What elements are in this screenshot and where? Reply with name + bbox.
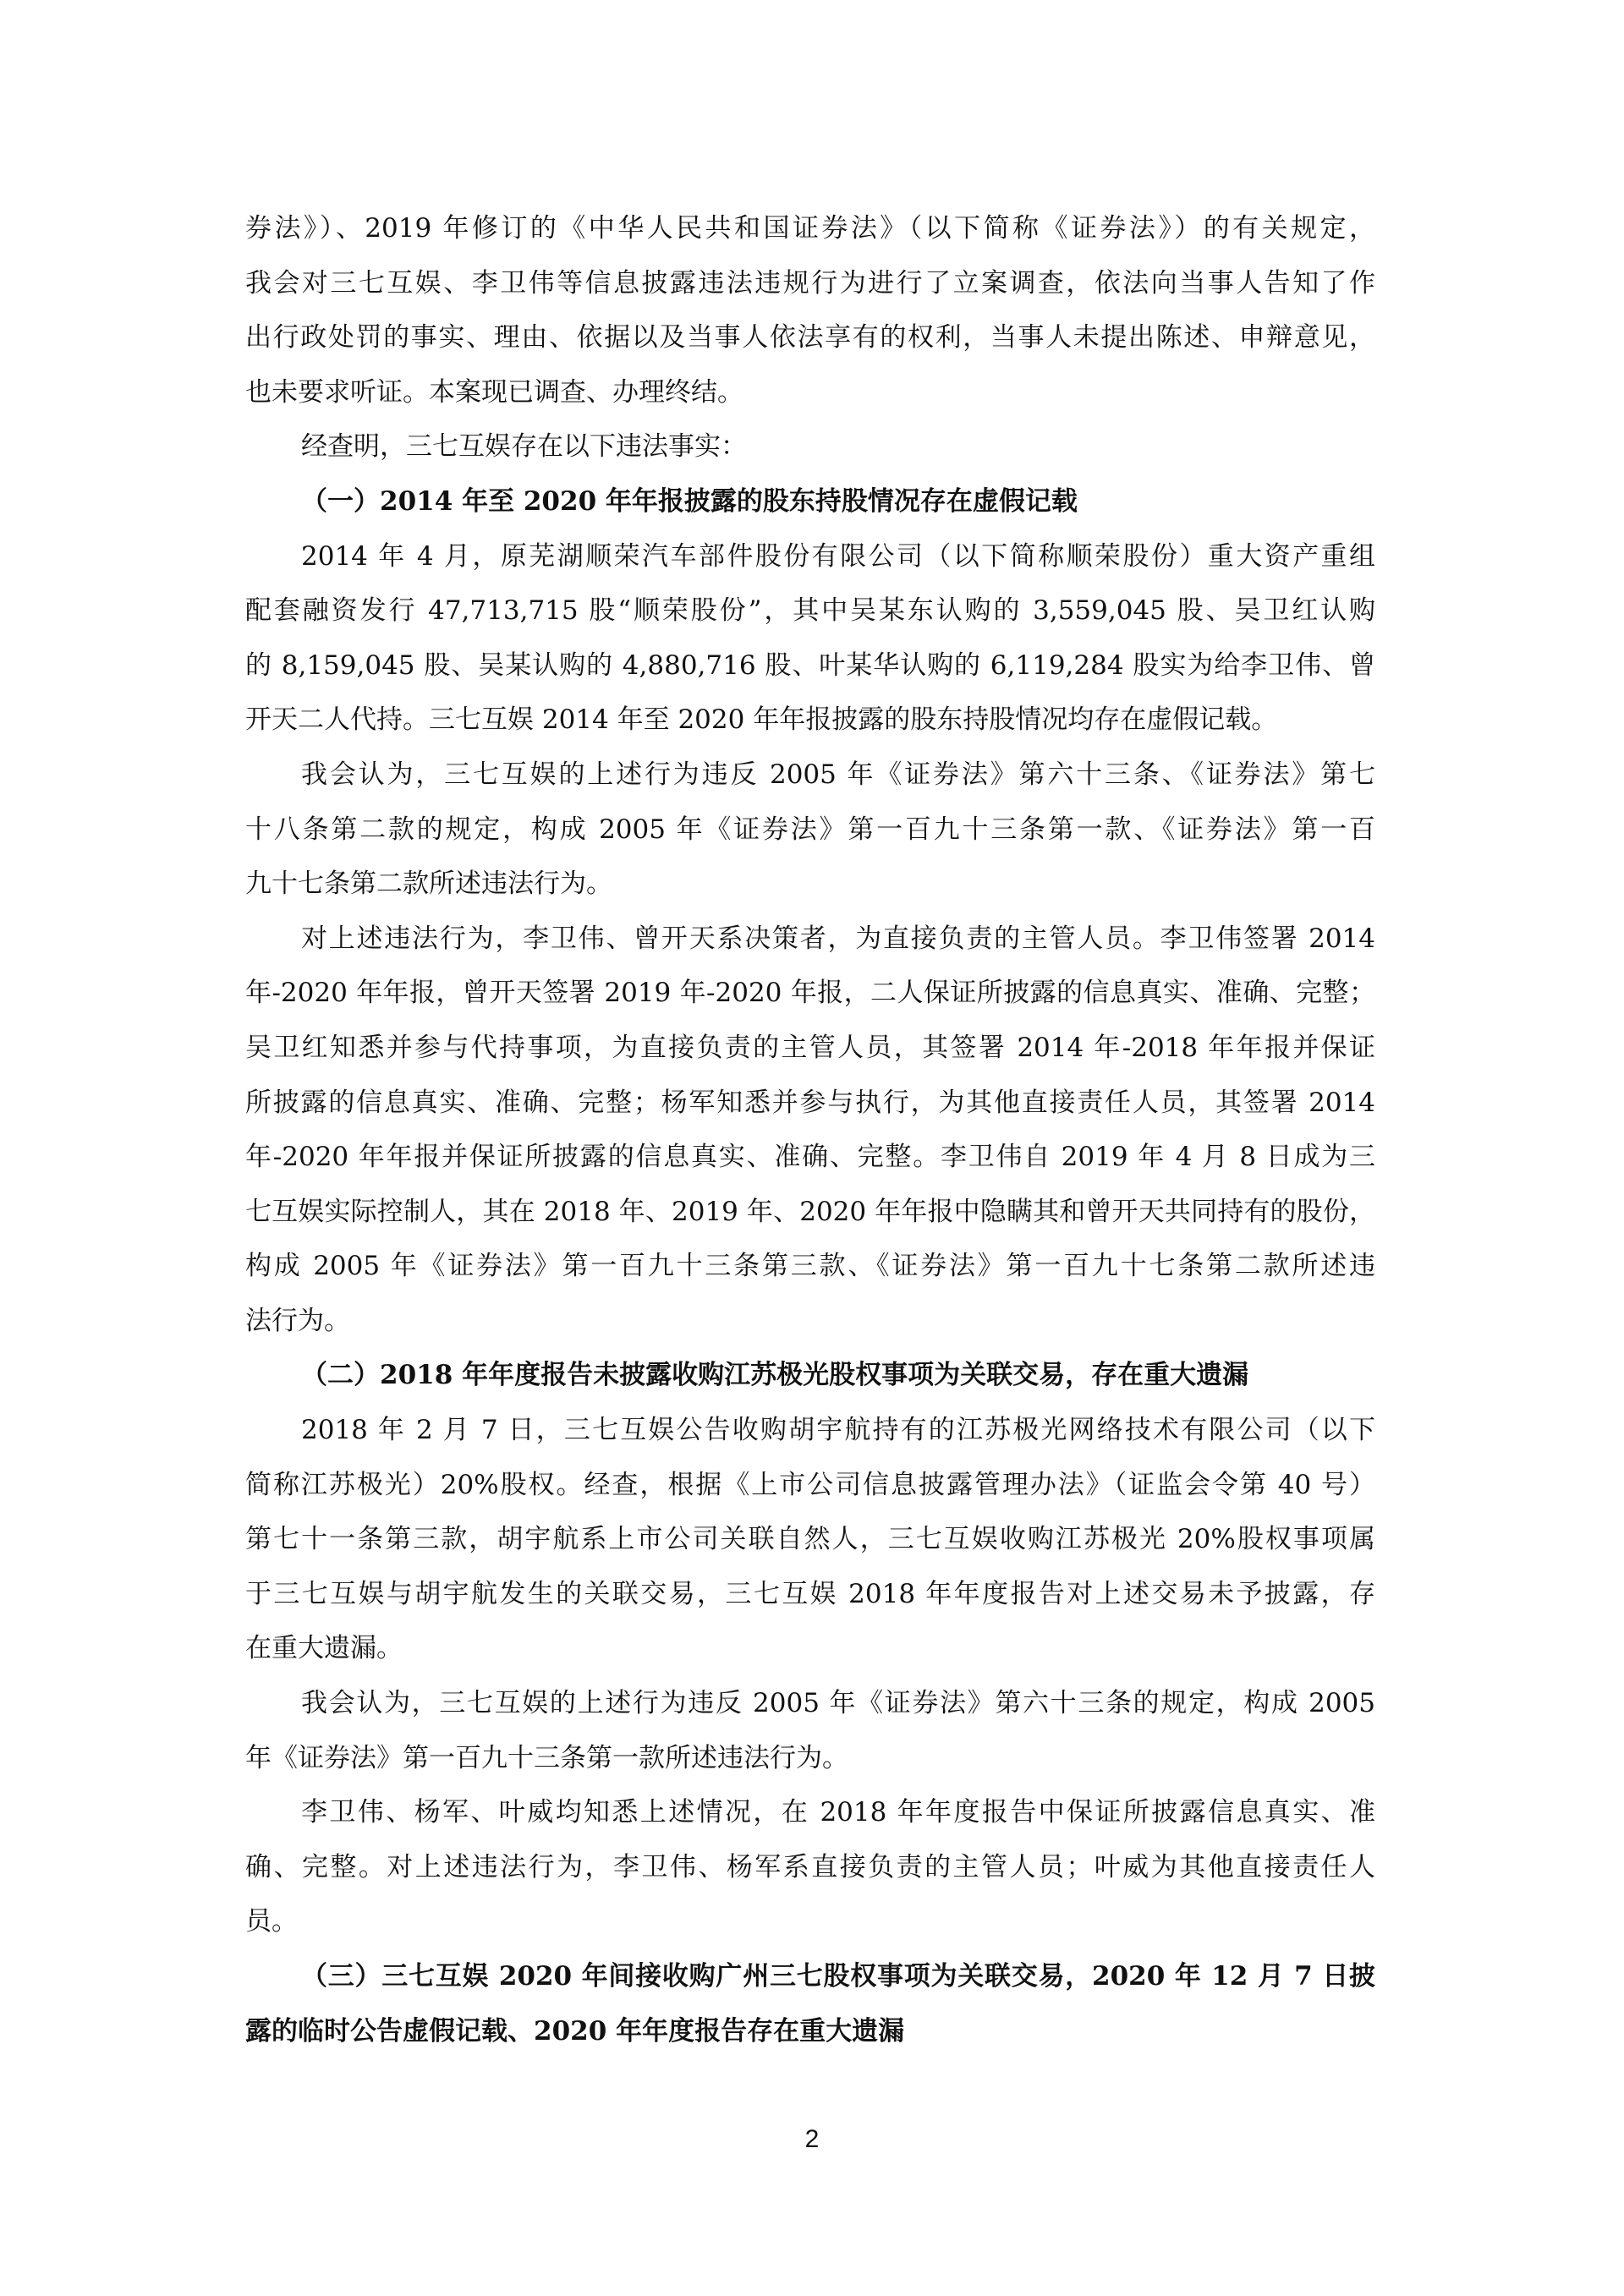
text-line: 员。 [245, 1894, 1375, 1949]
paragraph: 经查明，三七互娱存在以下违法事实： [245, 419, 1375, 474]
paragraph: 券法》）、2019 年修订的《中华人民共和国证券法》（以下简称《证券法》）的有关… [245, 201, 1375, 419]
text-line: 我会对三七互娱、李卫伟等信息披露违法违规行为进行了立案调查，依法向当事人告知了作 [245, 256, 1375, 311]
text-line: 年-2020 年年报并保证所披露的信息真实、准确、完整。李卫伟自 2019 年 … [245, 1130, 1375, 1185]
text-line: 于三七互娱与胡宇航发生的关联交易，三七互娱 2018 年年度报告对上述交易未予披… [245, 1567, 1375, 1622]
text-line: 七互娱实际控制人，其在 2018 年、2019 年、2020 年年报中隐瞒其和曾… [245, 1185, 1375, 1240]
text-line: 第七十一条第三款，胡宇航系上市公司关联自然人，三七互娱收购江苏极光 20%股权事… [245, 1512, 1375, 1567]
text-line: 李卫伟、杨军、叶威均知悉上述情况，在 2018 年年度报告中保证所披露信息真实、… [245, 1785, 1375, 1840]
heading-line: （一）2014 年至 2020 年年报披露的股东持股情况存在虚假记载 [245, 474, 1375, 529]
paragraph: 我会认为，三七互娱的上述行为违反 2005 年《证券法》第六十三条的规定，构成 … [245, 1676, 1375, 1785]
text-line: 开天二人代持。三七互娱 2014 年至 2020 年年报披露的股东持股情况均存在… [245, 693, 1375, 748]
heading-line: （二）2018 年年度报告未披露收购江苏极光股权事项为关联交易，存在重大遗漏 [245, 1348, 1375, 1403]
text-line: 年《证券法》第一百九十三条第一款所述违法行为。 [245, 1731, 1375, 1786]
text-line: 也未要求听证。本案现已调查、办理终结。 [245, 365, 1375, 420]
text-line: 构成 2005 年《证券法》第一百九十三条第三款、《证券法》第一百九十七条第二款… [245, 1239, 1375, 1294]
paragraph: 李卫伟、杨军、叶威均知悉上述情况，在 2018 年年度报告中保证所披露信息真实、… [245, 1785, 1375, 1949]
page-number: 2 [0, 2123, 1624, 2156]
paragraph: 2018 年 2 月 7 日，三七互娱公告收购胡宇航持有的江苏极光网络技术有限公… [245, 1403, 1375, 1676]
heading-line: 露的临时公告虚假记载、2020 年年度报告存在重大遗漏 [245, 2004, 1375, 2059]
section-heading: （二）2018 年年度报告未披露收购江苏极光股权事项为关联交易，存在重大遗漏 [245, 1348, 1375, 1403]
text-line: 2018 年 2 月 7 日，三七互娱公告收购胡宇航持有的江苏极光网络技术有限公… [245, 1403, 1375, 1458]
text-line: 所披露的信息真实、准确、完整；杨军知悉并参与执行，为其他直接责任人员，其签署 2… [245, 1076, 1375, 1131]
text-line: 我会认为，三七互娱的上述行为违反 2005 年《证券法》第六十三条、《证券法》第… [245, 748, 1375, 803]
document-page: 券法》）、2019 年修订的《中华人民共和国证券法》（以下简称《证券法》）的有关… [0, 0, 1624, 2296]
paragraph: 对上述违法行为，李卫伟、曾开天系决策者，为直接负责的主管人员。李卫伟签署 201… [245, 912, 1375, 1349]
text-line: 在重大遗漏。 [245, 1621, 1375, 1676]
text-line: 对上述违法行为，李卫伟、曾开天系决策者，为直接负责的主管人员。李卫伟签署 201… [245, 912, 1375, 967]
text-line: 的 8,159,045 股、吴某认购的 4,880,716 股、叶某华认购的 6… [245, 638, 1375, 693]
section-heading: （一）2014 年至 2020 年年报披露的股东持股情况存在虚假记载 [245, 474, 1375, 529]
text-line: 法行为。 [245, 1294, 1375, 1349]
section-heading: （三）三七互娱 2020 年间接收购广州三七股权事项为关联交易，2020 年 1… [245, 1949, 1375, 2058]
text-line: 出行政处罚的事实、理由、依据以及当事人依法享有的权利，当事人未提出陈述、申辩意见… [245, 310, 1375, 365]
text-line: 券法》）、2019 年修订的《中华人民共和国证券法》（以下简称《证券法》）的有关… [245, 201, 1375, 256]
paragraph: 我会认为，三七互娱的上述行为违反 2005 年《证券法》第六十三条、《证券法》第… [245, 748, 1375, 912]
text-line: 十八条第二款的规定，构成 2005 年《证券法》第一百九十三条第一款、《证券法》… [245, 803, 1375, 858]
text-line: 我会认为，三七互娱的上述行为违反 2005 年《证券法》第六十三条的规定，构成 … [245, 1676, 1375, 1731]
text-line: 确、完整。对上述违法行为，李卫伟、杨军系直接负责的主管人员；叶威为其他直接责任人 [245, 1840, 1375, 1895]
text-line: 年-2020 年年报，曾开天签署 2019 年-2020 年报，二人保证所披露的… [245, 966, 1375, 1021]
text-line: 吴卫红知悉并参与代持事项，为直接负责的主管人员，其签署 2014 年-2018 … [245, 1021, 1375, 1076]
text-line: 九十七条第二款所述违法行为。 [245, 857, 1375, 912]
text-line: 2014 年 4 月，原芜湖顺荣汽车部件股份有限公司（以下简称顺荣股份）重大资产… [245, 529, 1375, 584]
text-line: 配套融资发行 47,713,715 股“顺荣股份”，其中吴某东认购的 3,559… [245, 584, 1375, 638]
text-line: 经查明，三七互娱存在以下违法事实： [245, 419, 1375, 474]
heading-line: （三）三七互娱 2020 年间接收购广州三七股权事项为关联交易，2020 年 1… [245, 1949, 1375, 2004]
paragraph: 2014 年 4 月，原芜湖顺荣汽车部件股份有限公司（以下简称顺荣股份）重大资产… [245, 529, 1375, 748]
text-line: 简称江苏极光）20%股权。经查，根据《上市公司信息披露管理办法》（证监会令第 4… [245, 1458, 1375, 1513]
document-body: 券法》）、2019 年修订的《中华人民共和国证券法》（以下简称《证券法》）的有关… [245, 201, 1375, 2058]
